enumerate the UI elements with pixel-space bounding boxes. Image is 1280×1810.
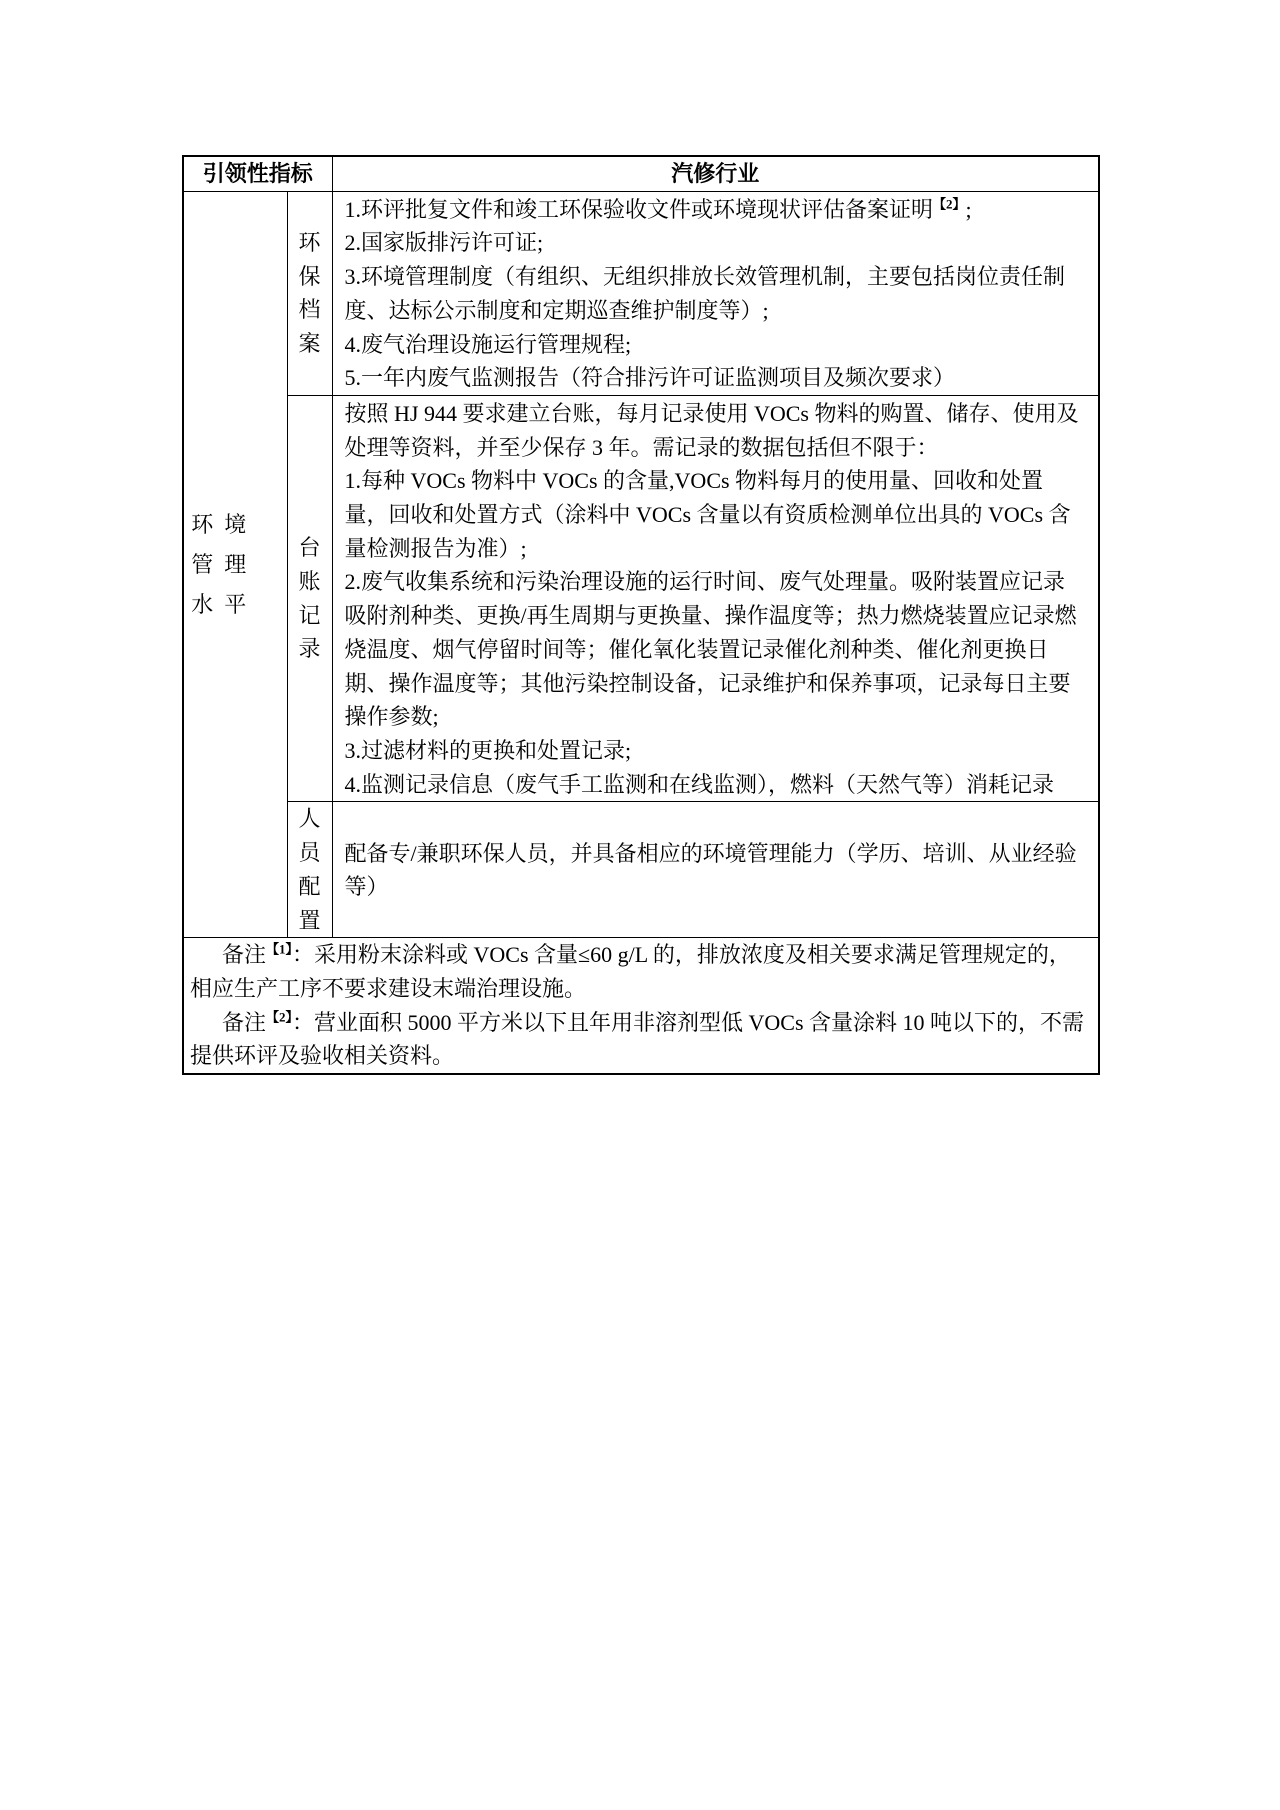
item-text: ; <box>966 197 972 222</box>
item-text: 1.环评批复文件和竣工环保验收文件或环境现状评估备案证明 <box>345 197 934 222</box>
item-text: 按照 HJ 944 要求建立台账，每月记录使用 VOCs 物料的购置、储存、使用… <box>345 401 1079 460</box>
content-cell-ledger: 按照 HJ 944 要求建立台账，每月记录使用 VOCs 物料的购置、储存、使用… <box>332 395 1099 801</box>
note-label: 备注 <box>222 942 266 967</box>
item-text: 2.国家版排污许可证; <box>345 230 544 255</box>
list-item: 4.监测记录信息（废气手工监测和在线监测），燃料（天然气等）消耗记录 <box>345 768 1087 802</box>
content-cell-archives: 1.环评批复文件和竣工环保验收文件或环境现状评估备案证明【2】; 2.国家版排污… <box>332 191 1099 395</box>
table-row-archives: 环境管理水平 环保档案 1.环评批复文件和竣工环保验收文件或环境现状评估备案证明… <box>183 191 1099 395</box>
footnote-1: 备注【1】：采用粉末涂料或 VOCs 含量≤60 g/L 的，排放浓度及相关要求… <box>190 938 1088 1005</box>
sub-label-ledger: 台账记录 <box>298 531 321 666</box>
note-label: 备注 <box>222 1010 266 1035</box>
row-group-label: 环境管理水平 <box>185 505 285 625</box>
item-text: 3.过滤材料的更换和处置记录; <box>345 738 632 763</box>
header-cell-industry: 汽修行业 <box>332 156 1099 191</box>
table-row-ledger: 台账记录 按照 HJ 944 要求建立台账，每月记录使用 VOCs 物料的购置、… <box>183 395 1099 801</box>
notes-cell: 备注【1】：采用粉末涂料或 VOCs 含量≤60 g/L 的，排放浓度及相关要求… <box>183 938 1099 1074</box>
list-item: 2.国家版排污许可证; <box>345 226 1087 260</box>
sub-label-archives: 环保档案 <box>298 226 321 361</box>
table-row-notes: 备注【1】：采用粉末涂料或 VOCs 含量≤60 g/L 的，排放浓度及相关要求… <box>183 938 1099 1074</box>
footnote-2: 备注【2】：营业面积 5000 平方米以下且年用非溶剂型低 VOCs 含量涂料 … <box>190 1006 1088 1073</box>
list-item: 1.每种 VOCs 物料中 VOCs 的含量,VOCs 物料每月的使用量、回收和… <box>345 464 1087 565</box>
paragraph: 按照 HJ 944 要求建立台账，每月记录使用 VOCs 物料的购置、储存、使用… <box>345 397 1087 464</box>
header-cell-indicator: 引领性指标 <box>183 156 332 191</box>
note-text: ：采用粉末涂料或 VOCs 含量≤60 g/L 的，排放浓度及相关要求满足管理规… <box>190 942 1071 1001</box>
table-row-staff: 人员配置 配备专/兼职环保人员，并具备相应的环境管理能力（学历、培训、从业经验等… <box>183 802 1099 938</box>
list-item: 2.废气收集系统和污染治理设施的运行时间、废气处理量。吸附装置应记录吸附剂种类、… <box>345 565 1087 734</box>
list-item: 3.环境管理制度（有组织、无组织排放长效管理机制，主要包括岗位责任制度、达标公示… <box>345 260 1087 327</box>
sub-label-cell-archives: 环保档案 <box>287 191 332 395</box>
content-cell-staff: 配备专/兼职环保人员，并具备相应的环境管理能力（学历、培训、从业经验等） <box>332 802 1099 938</box>
item-text: 3.环境管理制度（有组织、无组织排放长效管理机制，主要包括岗位责任制度、达标公示… <box>345 264 1066 323</box>
row-group-cell: 环境管理水平 <box>183 191 287 938</box>
item-text: 5.一年内废气监测报告（符合排污许可证监测项目及频次要求） <box>345 365 956 390</box>
paragraph: 配备专/兼职环保人员，并具备相应的环境管理能力（学历、培训、从业经验等） <box>345 837 1087 904</box>
item-text: 4.监测记录信息（废气手工监测和在线监测），燃料（天然气等）消耗记录 <box>345 772 1055 797</box>
item-text: 2.废气收集系统和污染治理设施的运行时间、废气处理量。吸附装置应记录吸附剂种类、… <box>345 569 1077 729</box>
list-item: 5.一年内废气监测报告（符合排污许可证监测项目及频次要求） <box>345 361 1087 395</box>
list-item: 1.环评批复文件和竣工环保验收文件或环境现状评估备案证明【2】; <box>345 193 1087 227</box>
item-text: 配备专/兼职环保人员，并具备相应的环境管理能力（学历、培训、从业经验等） <box>345 841 1077 900</box>
indicator-table: 引领性指标 汽修行业 环境管理水平 环保档案 1.环评批复文件和竣工环保验收文件… <box>182 155 1100 1075</box>
note-text: ：营业面积 5000 平方米以下且年用非溶剂型低 VOCs 含量涂料 10 吨以… <box>190 1010 1084 1069</box>
sub-label-cell-ledger: 台账记录 <box>287 395 332 801</box>
sub-label-staff: 人员配置 <box>298 802 321 937</box>
table-header-row: 引领性指标 汽修行业 <box>183 156 1099 191</box>
list-item: 4.废气治理设施运行管理规程; <box>345 328 1087 362</box>
footnote-ref: 【2】 <box>266 1009 292 1024</box>
list-item: 3.过滤材料的更换和处置记录; <box>345 734 1087 768</box>
sub-label-cell-staff: 人员配置 <box>287 802 332 938</box>
item-text: 1.每种 VOCs 物料中 VOCs 的含量,VOCs 物料每月的使用量、回收和… <box>345 468 1071 560</box>
footnote-ref: 【2】 <box>933 196 966 211</box>
footnote-ref: 【1】 <box>266 942 292 957</box>
document-page: 引领性指标 汽修行业 环境管理水平 环保档案 1.环评批复文件和竣工环保验收文件… <box>0 0 1280 1810</box>
item-text: 4.废气治理设施运行管理规程; <box>345 332 632 357</box>
